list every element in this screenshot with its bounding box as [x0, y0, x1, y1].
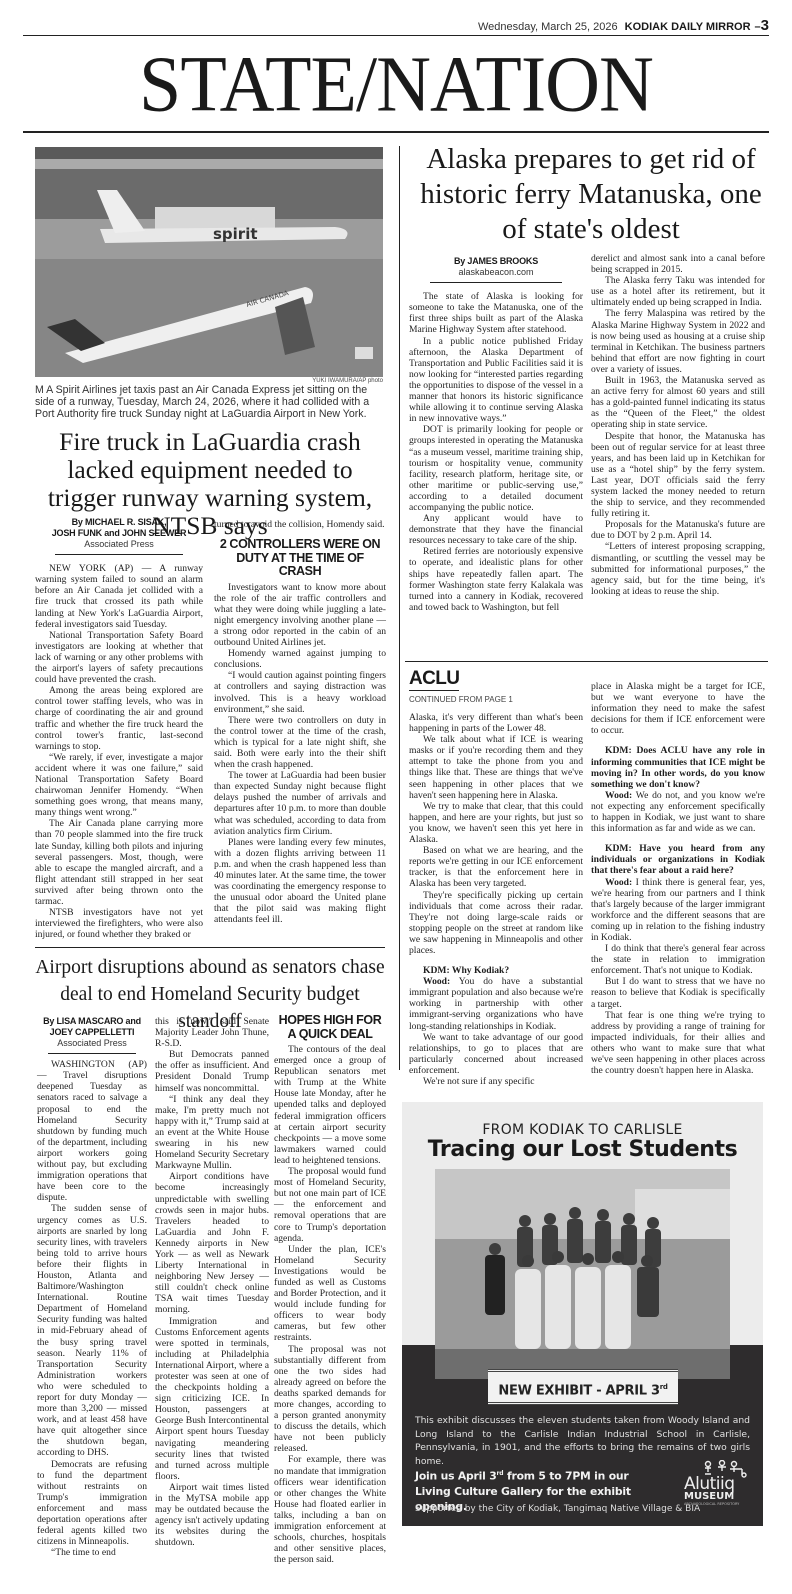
- ferry-headline: Alaska prepares to get rid of historic f…: [410, 142, 772, 247]
- paragraph: Planes were landing every few minutes, w…: [214, 837, 386, 926]
- banner-superscript: rd: [660, 1383, 668, 1391]
- byline-names: By JAMES BROOKS: [409, 256, 583, 267]
- paragraph: Despite that honor, the Matanuska has be…: [591, 431, 765, 520]
- ad-sponsors: Supported by the City of Kodiak, Tangima…: [415, 1504, 700, 1514]
- column-rule: [399, 146, 400, 1070]
- paragraph: DOT is primarily looking for people or g…: [409, 424, 583, 513]
- byline-rule: [430, 282, 562, 283]
- paragraph: National Transportation Safety Board inv…: [35, 630, 203, 685]
- airplanes-photo-illustration: spirit AIR CANADA: [35, 147, 383, 377]
- ferry-column-1: By JAMES BROOKS alaskabeacon.com The sta…: [409, 256, 583, 613]
- paragraph: Among the areas being explored are contr…: [35, 685, 203, 752]
- byline-org: Associated Press: [37, 1038, 147, 1049]
- dhs-column-2: this is now,” said Senate Majority Leade…: [155, 1016, 269, 1549]
- paragraph: The proposal would fund most of Homeland…: [274, 1166, 386, 1244]
- laguardia-byline: By MICHAEL R. SISAK, JOSH FUNK and JOHN …: [35, 517, 203, 550]
- story-divider: [35, 947, 385, 948]
- paragraph: turned to avoid the collision, Homendy s…: [214, 519, 386, 530]
- paragraph: Built in 1963, the Matanuska served as a…: [591, 375, 765, 430]
- paragraph: “We rarely, if ever, investigate a major…: [35, 752, 203, 819]
- byline-org: Associated Press: [35, 539, 203, 550]
- interview-answer: Wood: We do not, and you know we're not …: [591, 790, 765, 834]
- paragraph: The proposal was not substantially diffe…: [274, 1344, 386, 1455]
- paragraph: They're specifically picking up certain …: [409, 890, 583, 957]
- paragraph: That fear is one thing we're trying to a…: [591, 1010, 765, 1077]
- story-divider: [405, 661, 768, 662]
- laguardia-subhead: 2 CONTROLLERS WERE ON DUTY AT THE TIME O…: [214, 538, 386, 579]
- paragraph: Homendy warned against jumping to conclu…: [214, 648, 386, 670]
- dhs-column-3: HOPES HIGH FOR A QUICK DEAL The contours…: [274, 1014, 386, 1565]
- paragraph: Immigration and Customs Enforcement agen…: [155, 1316, 269, 1482]
- dhs-body-3: The contours of the deal emerged once a …: [274, 1044, 386, 1565]
- page-number: 3: [761, 17, 769, 34]
- paragraph: The ferry Malaspina was retired by the A…: [591, 308, 765, 375]
- historic-students-photo: [435, 1169, 730, 1379]
- paragraph: Airport conditions have become increasin…: [155, 1171, 269, 1315]
- paragraph: The state of Alaska is looking for someo…: [409, 291, 583, 335]
- paragraph: Democrats are refusing to fund the depar…: [37, 1459, 147, 1548]
- paragraph: In a public notice published Friday afte…: [409, 336, 583, 425]
- interview-question: KDM: Have you heard from any individuals…: [591, 843, 765, 876]
- byline-names-1: By MICHAEL R. SISAK,: [35, 517, 203, 528]
- paragraph: derelict and almost sank into a canal be…: [591, 253, 765, 275]
- speaker-label: Wood:: [423, 976, 450, 987]
- paragraph: There were two controllers on duty in th…: [214, 715, 386, 770]
- paragraph: But Democrats panned the offer as insuff…: [155, 1049, 269, 1093]
- logo-name: Alutiiq: [684, 1476, 748, 1492]
- paragraph: Alaska, it's very different than what's …: [409, 712, 583, 734]
- byline-names-1: By LISA MASCARO and: [37, 1016, 147, 1027]
- dhs-subhead: HOPES HIGH FOR A QUICK DEAL: [274, 1014, 386, 1041]
- byline-names-2: JOSH FUNK and JOHN SEEWER: [35, 528, 203, 539]
- paragraph: Under the plan, ICE's Homeland Security …: [274, 1244, 386, 1344]
- laguardia-photo: spirit AIR CANADA: [35, 147, 383, 377]
- paragraph: “I would caution against pointing finger…: [214, 670, 386, 714]
- paragraph: “I think any deal they make, I'm pretty …: [155, 1094, 269, 1172]
- paragraph: this is now,” said Senate Majority Leade…: [155, 1016, 269, 1049]
- logo-subtitle: ARCHAEOLOGICAL REPOSITORY: [684, 1502, 748, 1506]
- students-group-photo-illustration: [435, 1169, 730, 1379]
- paragraph: WASHINGTON (AP) — Travel disruptions dee…: [37, 1059, 147, 1203]
- paragraph: But I do want to stress that we have no …: [591, 976, 765, 1009]
- paragraph: For example, there was no mandate that i…: [274, 1454, 386, 1565]
- paragraph: The tower at LaGuardia had been busier t…: [214, 770, 386, 837]
- photo-caption: M A Spirit Airlines jet taxis past an Ai…: [35, 384, 385, 421]
- continued-from-label: CONTINUED FROM PAGE 1: [409, 695, 583, 704]
- paragraph: NTSB investigators have not yet intervie…: [35, 907, 203, 940]
- paragraph: NEW YORK (AP) — A runway warning system …: [35, 563, 203, 630]
- invitation-text: Join us April 3: [415, 1470, 497, 1483]
- paragraph: Proposals for the Matanuska's future are…: [591, 519, 765, 541]
- byline-rule: [55, 554, 183, 555]
- ad-description: This exhibit discusses the eleven studen…: [415, 1414, 750, 1468]
- newspaper-name: KODIAK DAILY MIRROR: [625, 21, 751, 33]
- paragraph: The Air Canada plane carrying more than …: [35, 818, 203, 907]
- petroglyph-figures-icon: [702, 1460, 748, 1478]
- dhs-body-2: this is now,” said Senate Majority Leade…: [155, 1016, 269, 1549]
- ad-title: Tracing our Lost Students: [402, 1137, 763, 1162]
- aclu-jump-head: ACLU: [409, 668, 459, 691]
- speaker-label: Wood:: [605, 877, 632, 888]
- paragraph: We try to make that clear, that this cou…: [409, 801, 583, 845]
- section-rule: [23, 131, 769, 133]
- interview-answer: Wood: You do have a substantial immigran…: [409, 976, 583, 1031]
- byline-org: alaskabeacon.com: [409, 267, 583, 278]
- speaker-label: Wood:: [605, 790, 632, 801]
- laguardia-column-2: turned to avoid the collision, Homendy s…: [214, 519, 386, 926]
- dhs-column-1: By LISA MASCARO and JOEY CAPPELLETTI Ass…: [37, 1016, 147, 1558]
- ferry-body-2: derelict and almost sank into a canal be…: [591, 253, 765, 597]
- logo-museum: MUSEUM: [684, 1492, 748, 1502]
- paragraph: place in Alaska might be a target for IC…: [591, 681, 765, 736]
- ferry-byline: By JAMES BROOKS alaskabeacon.com: [409, 256, 583, 278]
- paragraph: Investigators want to know more about th…: [214, 582, 386, 649]
- laguardia-column-1: By MICHAEL R. SISAK, JOSH FUNK and JOHN …: [35, 517, 203, 940]
- aclu-column-2: place in Alaska might be a target for IC…: [591, 681, 765, 1076]
- paragraph: We're not sure if any specific: [409, 1076, 583, 1087]
- alutiiq-museum-ad: FROM KODIAK TO CARLISLE Tracing our Lost…: [402, 1102, 763, 1526]
- svg-text:spirit: spirit: [213, 225, 258, 243]
- interview-question: KDM: Does ACLU have any role in informin…: [591, 745, 765, 789]
- paragraph: Based on what we are hearing, and the re…: [409, 845, 583, 889]
- ferry-column-2: derelict and almost sank into a canal be…: [591, 253, 765, 597]
- section-title: STATE/NATION: [0, 38, 792, 130]
- paragraph: We talk about what if ICE is wearing mas…: [409, 734, 583, 801]
- paragraph: The contours of the deal emerged once a …: [274, 1044, 386, 1166]
- paragraph: Airport wait times listed in the MyTSA m…: [155, 1482, 269, 1549]
- issue-date: Wednesday, March 25, 2026: [478, 21, 618, 33]
- alutiiq-museum-logo: Alutiiq MUSEUM ARCHAEOLOGICAL REPOSITORY: [684, 1462, 748, 1504]
- dhs-byline: By LISA MASCARO and JOEY CAPPELLETTI Ass…: [37, 1016, 147, 1049]
- paragraph: “Letters of interest proposing scrapping…: [591, 541, 765, 596]
- ferry-body-1: The state of Alaska is looking for someo…: [409, 291, 583, 613]
- paragraph: Any applicant would have to demonstrate …: [409, 513, 583, 546]
- aclu-body-1: Alaska, it's very different than what's …: [409, 712, 583, 1087]
- exhibit-date-banner: NEW EXHIBIT - APRIL 3rd: [488, 1369, 678, 1405]
- paragraph: Retired ferries are notoriously expensiv…: [409, 546, 583, 613]
- laguardia-body-2: Investigators want to know more about th…: [214, 582, 386, 926]
- aclu-column-1: ACLU CONTINUED FROM PAGE 1 Alaska, it's …: [409, 668, 583, 1087]
- page-folio: Wednesday, March 25, 2026 KODIAK DAILY M…: [23, 18, 769, 36]
- paragraph: The sudden sense of urgency comes as U.S…: [37, 1203, 147, 1458]
- laguardia-body-2-lead: turned to avoid the collision, Homendy s…: [214, 519, 386, 530]
- aclu-body-2: place in Alaska might be a target for IC…: [591, 681, 765, 1076]
- paragraph: I do think that there's general fear acr…: [591, 943, 765, 976]
- ad-kicker: FROM KODIAK TO CARLISLE: [402, 1122, 763, 1138]
- paragraph: The Alaska ferry Taku was intended for u…: [591, 275, 765, 308]
- interview-question: KDM: Why Kodiak?: [409, 965, 583, 976]
- byline-names-2: JOEY CAPPELLETTI: [37, 1027, 147, 1038]
- byline-rule: [48, 1053, 136, 1054]
- paragraph: “The time to end: [37, 1547, 147, 1558]
- dhs-body-1: WASHINGTON (AP) — Travel disruptions dee…: [37, 1059, 147, 1558]
- banner-text: NEW EXHIBIT - APRIL 3: [498, 1383, 659, 1398]
- paragraph: We want to take advantage of our good re…: [409, 1032, 583, 1076]
- interview-answer: Wood: I think there is general fear, yes…: [591, 877, 765, 944]
- laguardia-body-1: NEW YORK (AP) — A runway warning system …: [35, 563, 203, 940]
